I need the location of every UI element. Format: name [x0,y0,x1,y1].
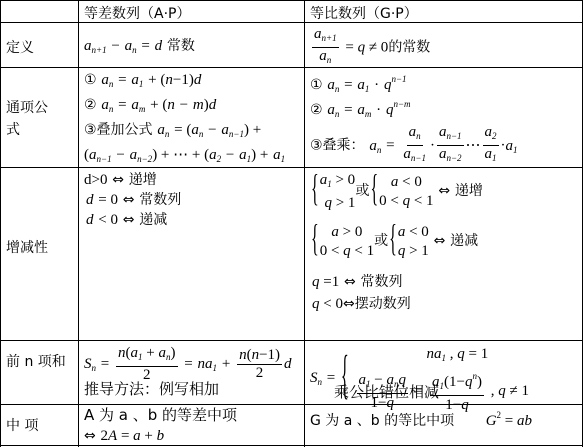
gp-increasing: {a1 > 0 q > 1或{a < 00 < q < 1 ⇔ 递增 [310,170,483,212]
gp-decreasing: {a > 00 < q < 1或{a < 0q > 1 ⇔ 递减 [310,222,478,260]
row-divider [0,67,583,68]
ap-general-term-2: ② an = am + (n − m)d [84,95,216,118]
row-label-sum: 前 n 项和 [6,351,66,371]
column-divider [78,0,79,447]
ap-middle-term-formula: ⇔ 2A = a + b [84,426,164,445]
header-geometric: 等比数列（G·P） [310,3,418,23]
table-border-right [582,0,583,447]
gp-general-term-3: ③叠乘： an = anan−1·an−1an−2⋯a2a1·a1 [310,124,518,167]
ap-decreasing: d < 0 ⇔ 递减 [86,210,167,229]
row-label-monotonicity: 增减性 [6,237,48,257]
gp-constant: q =1 ⇔ 常数列 [312,272,403,291]
ap-sum-method: 推导方法：例写相加 [84,380,219,398]
ap-general-term-1: ① an = a1 + (n−1)d [84,70,201,93]
ap-sum-formula: Sn = n(a1 + an)2 = na1 + n(n−1)2d [84,344,292,384]
gp-general-term-1: ① an = a1 · qn−1 [310,70,407,98]
arithmetic-geometric-sequence-table: 等差数列（A·P） 等比数列（G·P） 定义 an+1 − an = d 常数 … [0,0,583,446]
table-border-top [0,0,583,1]
table-border-left [0,0,1,447]
ap-increasing: d>0 ⇔ 递增 [84,170,157,189]
row-label-middle-term: 中 项 [6,415,38,435]
gp-sum-method: 乘公比错位相减 [334,383,439,401]
table-border-bottom [0,445,583,446]
row-label-general-term: 通项公 式 [6,97,48,141]
header-arithmetic: 等差数列（A·P） [84,3,190,23]
ap-definition: an+1 − an = d 常数 [84,36,195,59]
gp-definition: an+1an = q ≠ 0的常数 [310,26,430,69]
column-divider [304,0,305,447]
row-divider [0,340,583,341]
ap-general-term-3: ③叠加公式 an = (an − an−1) + [84,120,261,143]
ap-middle-term-text: A 为 a 、b 的等差中项 [84,406,237,424]
ap-general-term-3-cont: (an−1 − an−2) + ⋯ + (a2 − a1) + a1 [84,145,285,168]
ap-constant: d = 0 ⇔ 常数列 [86,190,181,209]
gp-middle-term: G 为 a 、b 的等比中项 G2 = ab [310,406,532,430]
gp-sum-formula: Sn = { na1 , q = 1 a1 − anq1−q = a1(1−qn… [310,343,529,414]
gp-general-term-2: ② an = am · qn−m [310,95,411,123]
gp-oscillating: q < 0⇔摆动数列 [312,294,411,313]
row-label-definition: 定义 [6,37,34,57]
